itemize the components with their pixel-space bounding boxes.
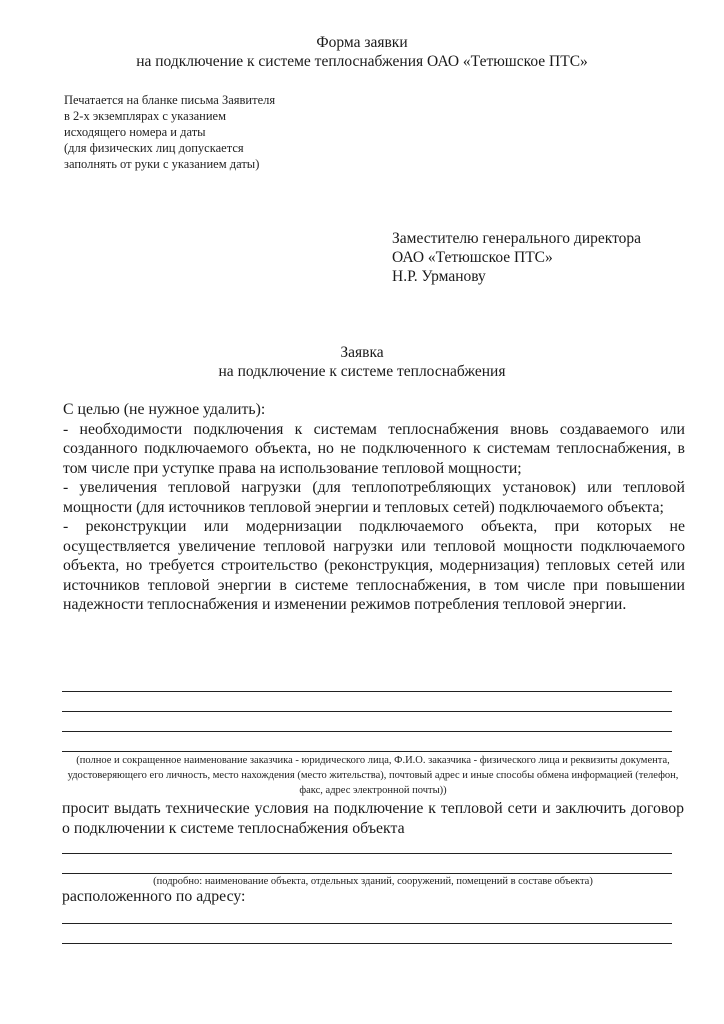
purpose-section: С целью (не нужное удалить): - необходим… — [63, 400, 685, 615]
purpose-intro: С целью (не нужное удалить): — [63, 400, 685, 420]
addressee-line: Н.Р. Урманову — [392, 267, 641, 286]
purpose-item: - необходимости подключения к системам т… — [63, 420, 685, 479]
addressee-line: Заместителю генерального директора — [392, 229, 641, 248]
applicant-fill-line[interactable] — [62, 711, 672, 712]
request-text: просит выдать технические условия на под… — [62, 799, 684, 838]
applicant-caption: (полное и сокращенное наименование заказ… — [62, 753, 684, 798]
addressee-block: Заместителю генерального директора ОАО «… — [392, 229, 641, 286]
applicant-fill-line[interactable] — [62, 751, 672, 752]
note-line: в 2-х экземплярах с указанием — [64, 108, 344, 124]
purpose-item: - увеличения тепловой нагрузки (для тепл… — [63, 478, 685, 517]
addressee-line: ОАО «Тетюшское ПТС» — [392, 248, 641, 267]
note-line: исходящего номера и даты — [64, 124, 344, 140]
note-line: (для физических лиц допускается — [64, 140, 344, 156]
note-line: заполнять от руки с указанием даты) — [64, 156, 344, 172]
application-subtitle: на подключение к системе теплоснабжения — [0, 362, 724, 381]
applicant-fill-line[interactable] — [62, 731, 672, 732]
address-fill-line[interactable] — [62, 923, 672, 924]
form-title: Форма заявки — [0, 33, 724, 52]
form-subtitle: на подключение к системе теплоснабжения … — [0, 52, 724, 71]
printing-note: Печатается на бланке письма Заявителя в … — [64, 92, 344, 172]
purpose-item: - реконструкции или модернизации подключ… — [63, 517, 685, 615]
note-line: Печатается на бланке письма Заявителя — [64, 92, 344, 108]
object-fill-line[interactable] — [62, 853, 672, 854]
address-fill-line[interactable] — [62, 943, 672, 944]
applicant-fill-line[interactable] — [62, 691, 672, 692]
application-title: Заявка — [0, 343, 724, 362]
address-label: расположенного по адресу: — [62, 887, 245, 907]
